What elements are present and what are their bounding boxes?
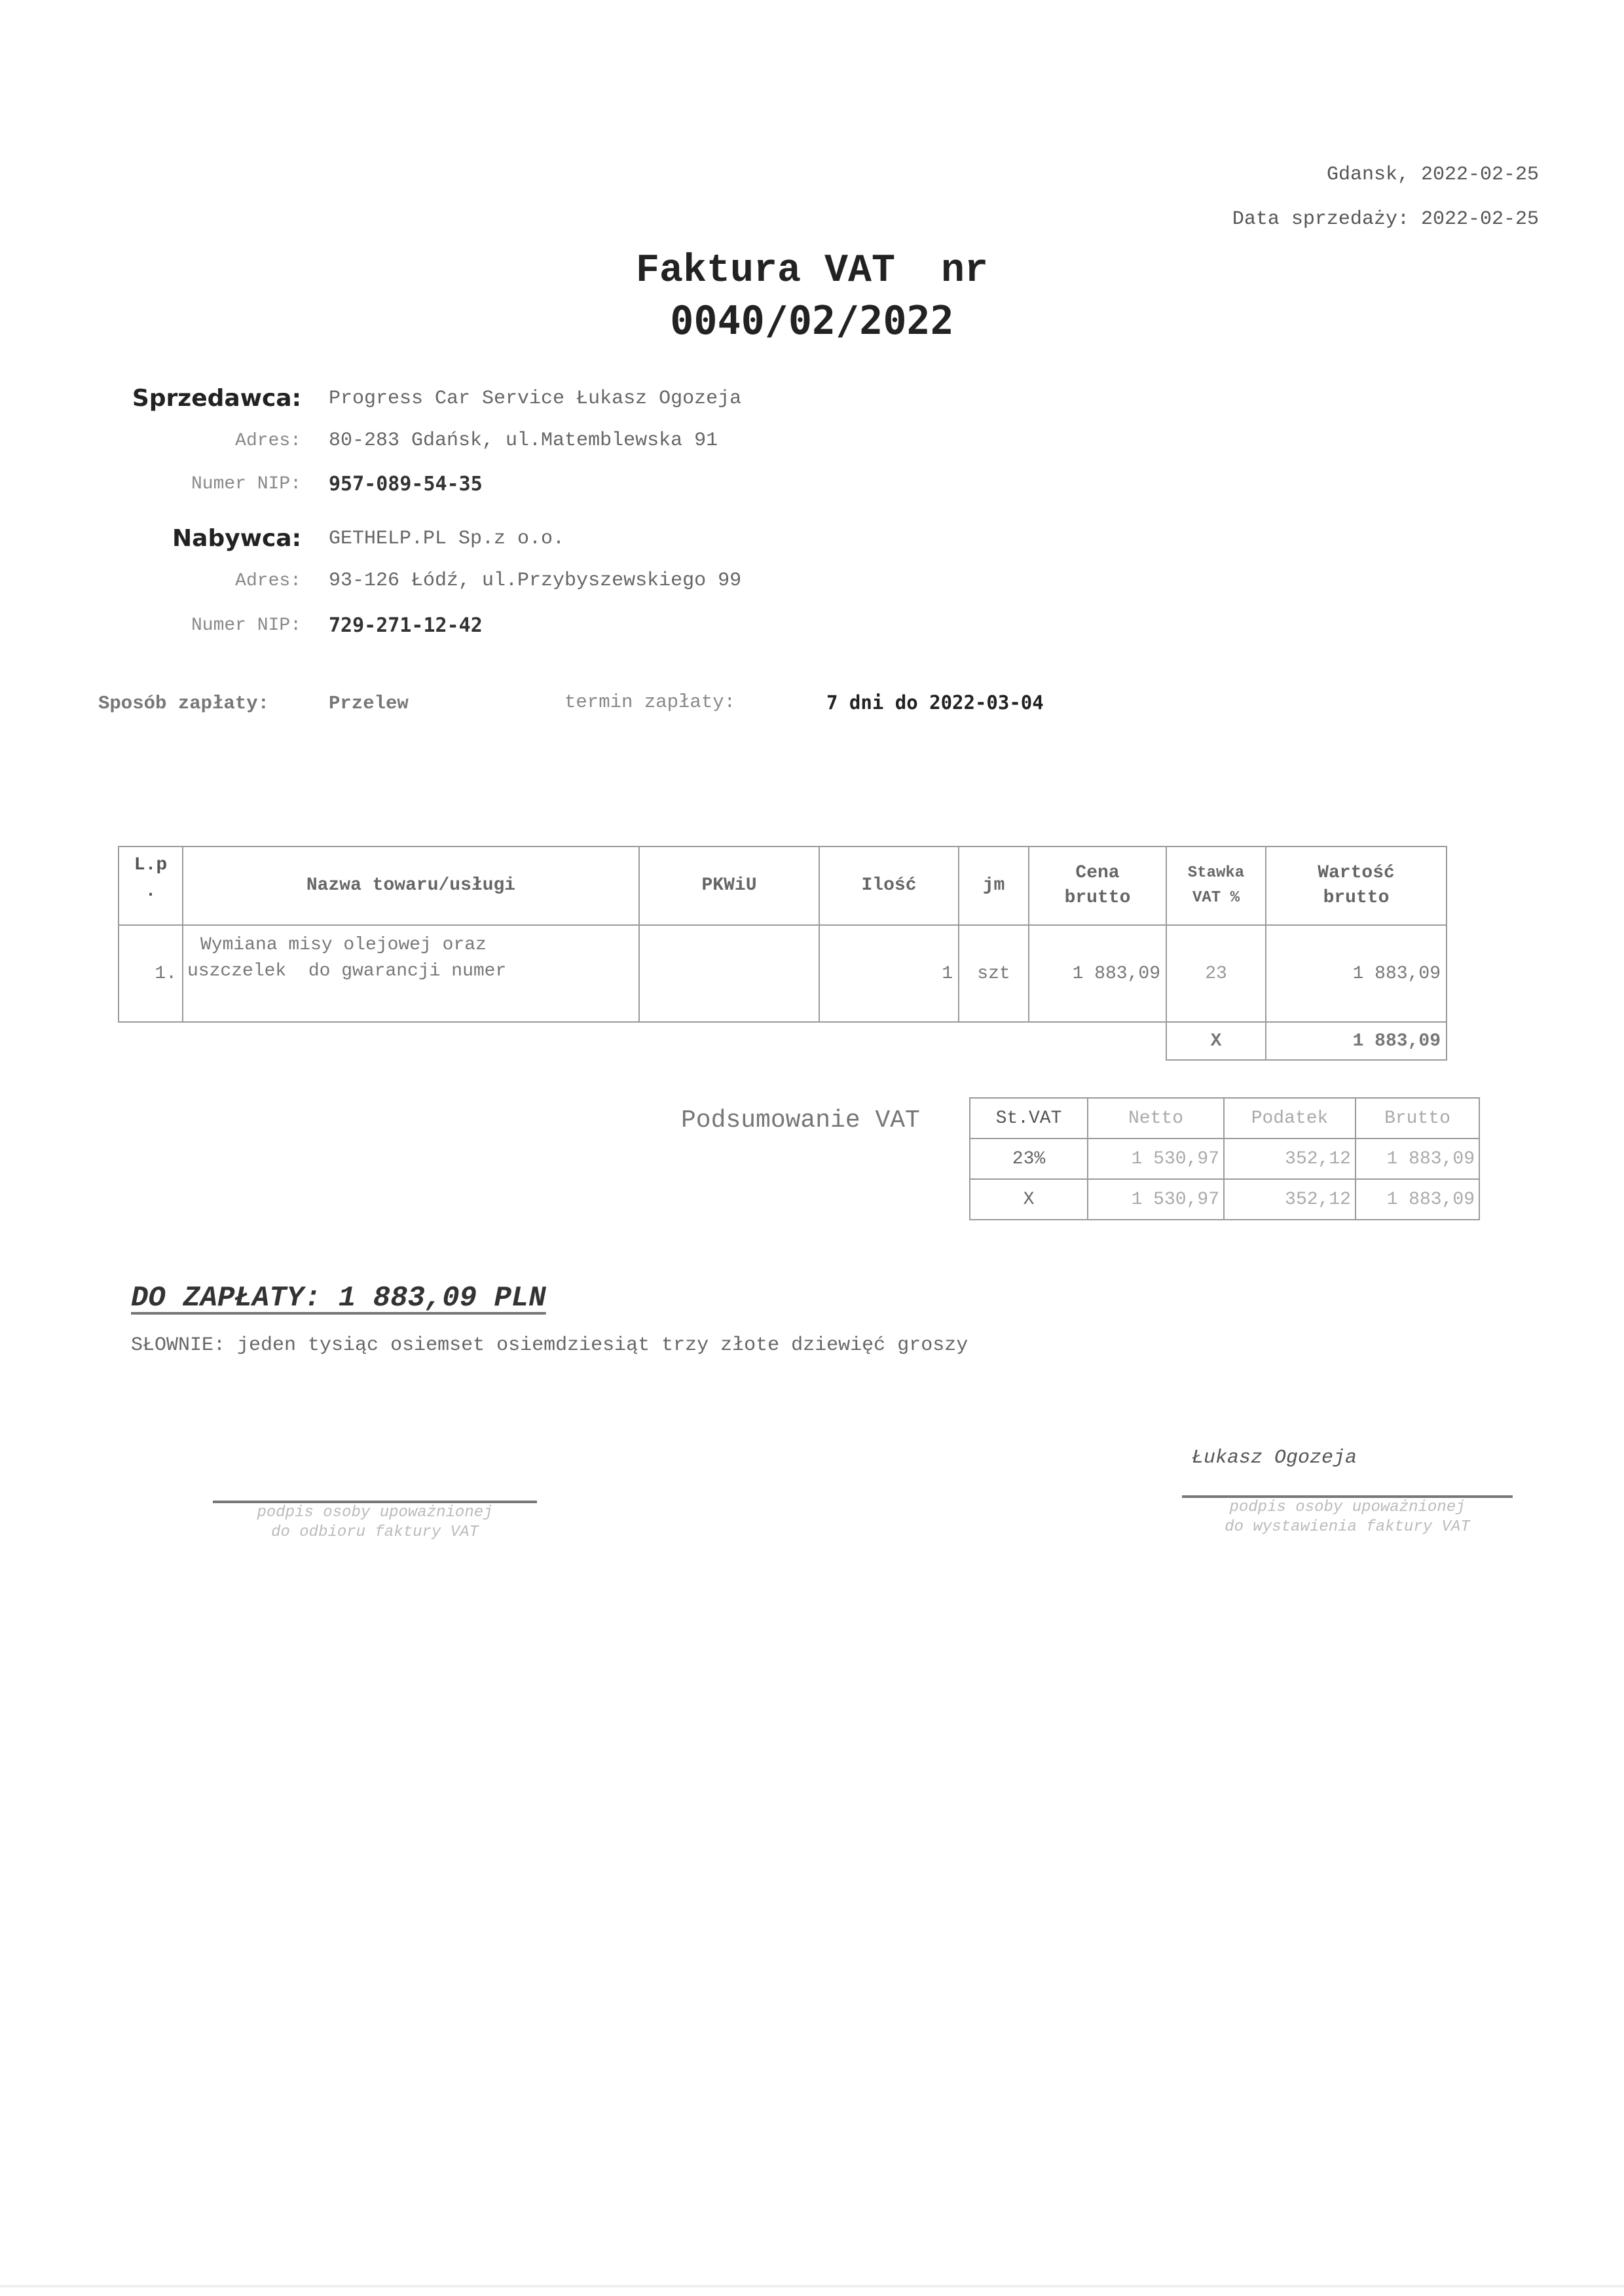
vat-rate: 23% xyxy=(970,1139,1088,1179)
table-row: 23% 1 530,97 352,12 1 883,09 xyxy=(970,1139,1479,1179)
row-value: 1 883,09 xyxy=(1266,925,1447,1022)
buyer-label: Nabywca: xyxy=(0,525,301,552)
vat-tax: 352,12 xyxy=(1224,1179,1356,1220)
scan-edge xyxy=(0,2285,1624,2287)
invoice-number: 0040/02/2022 xyxy=(0,298,1624,344)
table-row: X 1 530,97 352,12 1 883,09 xyxy=(970,1179,1479,1220)
amount-in-words: SŁOWNIE: jeden tysiąc osiemset osiemdzie… xyxy=(131,1334,968,1357)
buyer-address: 93-126 Łódź, ul.Przybyszewskiego 99 xyxy=(329,570,741,592)
total-row: X 1 883,09 xyxy=(119,1022,1447,1060)
col-vat-line1: Stawka xyxy=(1167,861,1265,886)
col-price-line2: brutto xyxy=(1029,886,1166,911)
row-qty: 1 xyxy=(819,925,959,1022)
buyer-address-label: Adres: xyxy=(0,571,301,591)
vat-col-tax: Podatek xyxy=(1224,1098,1356,1139)
vat-header-row: St.VAT Netto Podatek Brutto xyxy=(970,1098,1479,1139)
place-date: Gdansk, 2022-02-25 xyxy=(1327,164,1539,186)
payment-term: 7 dni do 2022-03-04 xyxy=(826,691,1044,714)
issuer-signature-caption-2: do wystawienia faktury VAT xyxy=(1182,1518,1513,1537)
payment-method: Przelew xyxy=(329,693,409,714)
col-unit: jm xyxy=(959,847,1029,925)
receiver-signature: podpis osoby upoważnionej do odbioru fak… xyxy=(213,1501,537,1542)
col-qty: Ilość xyxy=(819,847,959,925)
buyer-nip: 729-271-12-42 xyxy=(329,614,483,637)
row-lp: 1. xyxy=(119,925,183,1022)
seller-nip: 957-089-54-35 xyxy=(329,473,483,496)
row-price: 1 883,09 xyxy=(1029,925,1166,1022)
col-value: Wartość brutto xyxy=(1266,847,1447,925)
col-value-line2: brutto xyxy=(1266,886,1446,911)
sale-date-label: Data sprzedaży: xyxy=(1232,208,1409,230)
vat-summary-table: St.VAT Netto Podatek Brutto 23% 1 530,97… xyxy=(969,1097,1480,1220)
row-pkwiu xyxy=(639,925,819,1022)
vat-rate: X xyxy=(970,1179,1088,1220)
col-vat-line2: VAT % xyxy=(1167,886,1265,911)
total-spacer xyxy=(119,1022,1166,1060)
vat-gross: 1 883,09 xyxy=(1356,1139,1479,1179)
col-pkwiu: PKWiU xyxy=(639,847,819,925)
col-value-line1: Wartość xyxy=(1266,861,1446,886)
invoice-title-nr: nr xyxy=(941,249,988,293)
row-name-line1: Wymiana misy olejowej oraz xyxy=(187,932,638,958)
seller-name: Progress Car Service Łukasz Ogozeja xyxy=(329,388,741,410)
sale-date: 2022-02-25 xyxy=(1421,208,1539,230)
payment-term-label: termin zapłaty: xyxy=(564,691,735,713)
col-lp: L.p . xyxy=(119,847,183,925)
row-unit: szt xyxy=(959,925,1029,1022)
vat-col-net: Netto xyxy=(1088,1098,1224,1139)
row-vat: 23 xyxy=(1166,925,1266,1022)
issuer-signature-caption-1: podpis osoby upoważnionej xyxy=(1182,1498,1513,1518)
col-price-line1: Cena xyxy=(1029,861,1166,886)
vat-col-rate: St.VAT xyxy=(970,1098,1088,1139)
row-name: Wymiana misy olejowej oraz uszczelek do … xyxy=(183,925,639,1022)
amount-due: DO ZAPŁATY: 1 883,09 PLN xyxy=(131,1282,546,1315)
total-value: 1 883,09 xyxy=(1266,1022,1447,1060)
payment-method-label: Sposób zapłaty: xyxy=(98,693,269,714)
seller-label: Sprzedawca: xyxy=(0,385,301,412)
receiver-signature-caption-1: podpis osoby upoważnionej xyxy=(213,1503,537,1523)
sale-date-line: Data sprzedaży: 2022-02-25 xyxy=(1232,208,1539,230)
vat-gross: 1 883,09 xyxy=(1356,1179,1479,1220)
col-name: Nazwa towaru/usługi xyxy=(183,847,639,925)
receiver-signature-caption-2: do odbioru faktury VAT xyxy=(213,1523,537,1542)
invoice-title-text: Faktura VAT xyxy=(636,249,895,293)
issuer-name: Łukasz Ogozeja xyxy=(1192,1447,1357,1469)
col-lp-dot: . xyxy=(119,879,182,905)
seller-nip-label: Numer NIP: xyxy=(0,474,301,494)
items-header-row: L.p . Nazwa towaru/usługi PKWiU Ilość jm… xyxy=(119,847,1447,925)
vat-col-gross: Brutto xyxy=(1356,1098,1479,1139)
items-table: L.p . Nazwa towaru/usługi PKWiU Ilość jm… xyxy=(118,846,1447,1061)
vat-tax: 352,12 xyxy=(1224,1139,1356,1179)
invoice-title: Faktura VATnr xyxy=(0,249,1624,293)
seller-address-label: Adres: xyxy=(0,431,301,451)
col-price: Cena brutto xyxy=(1029,847,1166,925)
total-vat: X xyxy=(1166,1022,1266,1060)
vat-net: 1 530,97 xyxy=(1088,1179,1224,1220)
vat-net: 1 530,97 xyxy=(1088,1139,1224,1179)
vat-summary-title: Podsumowanie VAT xyxy=(681,1106,920,1135)
row-name-line2: uszczelek do gwarancji numer xyxy=(187,958,638,985)
seller-address: 80-283 Gdańsk, ul.Matemblewska 91 xyxy=(329,429,718,452)
col-vat: Stawka VAT % xyxy=(1166,847,1266,925)
table-row: 1. Wymiana misy olejowej oraz uszczelek … xyxy=(119,925,1447,1022)
buyer-nip-label: Numer NIP: xyxy=(0,615,301,636)
buyer-name: GETHELP.PL Sp.z o.o. xyxy=(329,528,564,550)
col-lp-label: L.p xyxy=(119,852,182,879)
issuer-signature: podpis osoby upoważnionej do wystawienia… xyxy=(1182,1495,1513,1537)
